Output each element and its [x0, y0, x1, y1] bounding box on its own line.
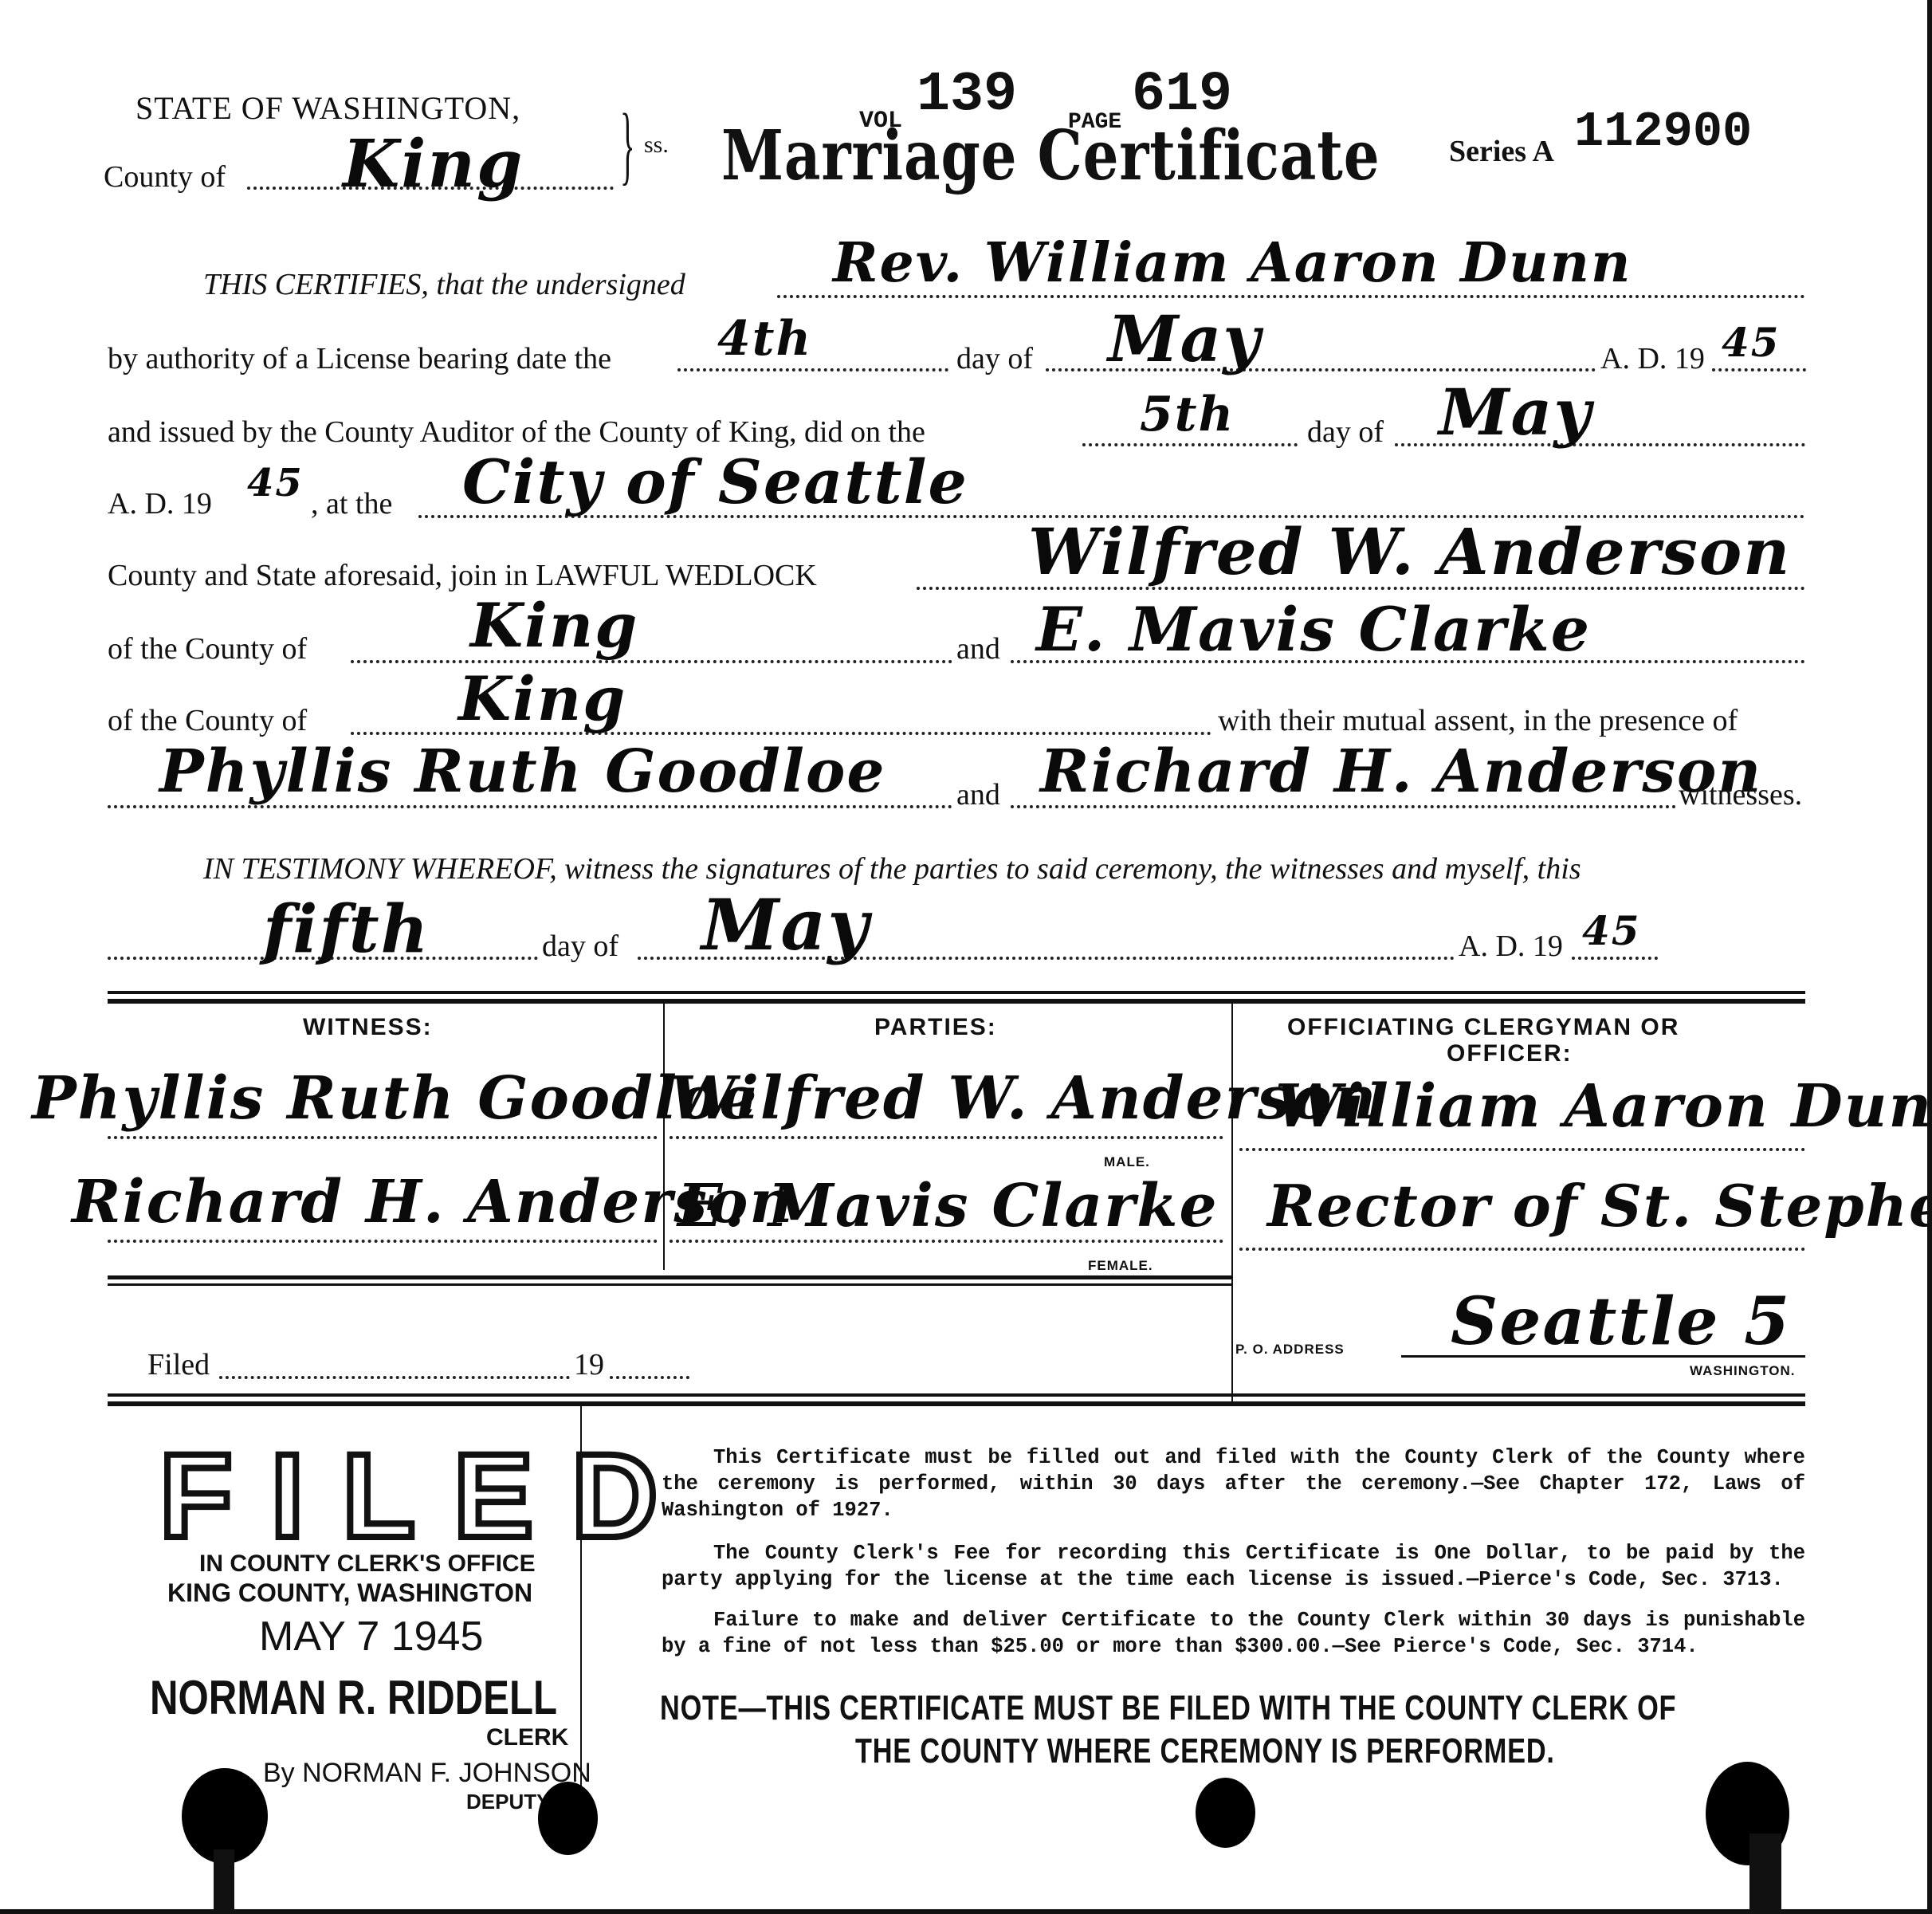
page-number: 619: [1132, 64, 1232, 127]
ss-label: ss.: [644, 132, 669, 159]
ceremony-ad-label: A. D. 19: [108, 486, 212, 521]
testimony-dayof-label: day of: [542, 929, 618, 964]
parties-bottom-rule-2: [108, 1283, 1231, 1286]
stamp-county: KING COUNTY, WASHINGTON: [167, 1578, 532, 1608]
filed-stamp-title: FILED: [159, 1427, 696, 1565]
and-label: and: [956, 631, 1000, 666]
license-ad-label: A. D. 19: [1600, 341, 1705, 376]
officer-column-header-2: OFFICER:: [1447, 1040, 1573, 1067]
officiant-line: [777, 295, 1805, 298]
brace: }: [620, 94, 634, 195]
binding-hole-left-2: [538, 1782, 598, 1855]
ceremony-year[interactable]: 45: [247, 461, 304, 505]
note-line-2: THE COUNTY WHERE CEREMONY IS PERFORMED.: [855, 1731, 1555, 1771]
license-year[interactable]: 45: [1722, 319, 1781, 366]
vol-label: VOL: [859, 108, 902, 135]
testimony-month[interactable]: May: [701, 883, 870, 966]
officer-title-line: [1239, 1248, 1805, 1251]
filed-year-line: [610, 1376, 689, 1379]
series-label: Series A: [1449, 134, 1554, 169]
parties-bottom-rule: [108, 1275, 1231, 1279]
license-year-line: [1712, 368, 1806, 371]
testimony-label: IN TESTIMONY WHEREOF, witness the signat…: [203, 851, 1581, 886]
filed-date-line: [219, 1376, 570, 1379]
testimony-year[interactable]: 45: [1582, 907, 1641, 954]
notice-penalty: Failure to make and deliver Certificate …: [662, 1607, 1805, 1660]
parties-column-header: PARTIES:: [874, 1014, 997, 1041]
testimony-ad-label: A. D. 19: [1459, 929, 1563, 964]
divider-bottom-thick: [108, 1401, 1805, 1406]
witness-column-header: WITNESS:: [303, 1014, 433, 1041]
binding-post-left: [214, 1849, 234, 1914]
bride-name[interactable]: E. Mavis Clarke: [1036, 594, 1591, 665]
filed-year-label: 19: [574, 1347, 604, 1382]
license-label: by authority of a License bearing date t…: [108, 341, 611, 376]
county-value[interactable]: King: [343, 126, 524, 202]
divider-bottom: [108, 1393, 1805, 1397]
note-line-1: NOTE—THIS CERTIFICATE MUST BE FILED WITH…: [660, 1688, 1676, 1728]
mutual-assent-label: with their mutual assent, in the presenc…: [1218, 703, 1738, 738]
ceremony-place[interactable]: City of Seattle: [462, 446, 968, 517]
witness-sig1-line: [108, 1136, 658, 1139]
po-address-label: P. O. ADDRESS: [1235, 1342, 1345, 1358]
notice-clerk-fee: The County Clerk's Fee for recording thi…: [662, 1540, 1805, 1593]
at-the-label: , at the: [311, 486, 392, 521]
ceremony-dayof-label: day of: [1307, 415, 1384, 450]
po-state-label: WASHINGTON.: [1690, 1363, 1796, 1379]
female-label: FEMALE.: [1088, 1258, 1153, 1274]
binding-hole-center: [1196, 1778, 1255, 1848]
groom-name[interactable]: Wilfred W. Anderson: [1028, 514, 1791, 589]
series-number: 112900: [1574, 104, 1752, 160]
male-signature[interactable]: Wilfred W. Anderson: [670, 1064, 1377, 1133]
bride-county-label: of the County of: [108, 703, 307, 738]
col-divider-2: [1231, 1003, 1233, 1401]
certificate-title: Marriage Certificate: [721, 116, 1380, 196]
groom-county-line: [351, 660, 952, 663]
scan-edge-right: [1927, 0, 1932, 1914]
witness2-name[interactable]: Richard H. Anderson: [1040, 737, 1762, 806]
groom-county[interactable]: King: [470, 590, 638, 661]
witness-sig2-line: [108, 1240, 658, 1243]
groom-county-label: of the County of: [108, 631, 307, 666]
binding-post-right: [1749, 1833, 1781, 1914]
officer-column-header-1: OFFICIATING CLERGYMAN OR: [1287, 1014, 1679, 1041]
witnesses-label: witnesses.: [1679, 777, 1802, 812]
bride-county[interactable]: King: [458, 663, 626, 734]
stamp-date: MAY 7 1945: [259, 1613, 483, 1661]
certifies-label: THIS CERTIFIES, that the undersigned: [203, 267, 685, 302]
license-day[interactable]: 4th: [717, 311, 812, 367]
license-day-line: [677, 368, 948, 371]
divider-top: [108, 991, 1805, 994]
female-signature[interactable]: E. Mavis Clarke: [677, 1172, 1219, 1240]
scan-edge-bottom: [0, 1909, 1932, 1914]
officer-sig-line: [1239, 1148, 1805, 1151]
county-label: County of: [104, 159, 226, 195]
witness1-name[interactable]: Phyllis Ruth Goodloe: [159, 737, 885, 806]
license-month[interactable]: May: [1108, 301, 1262, 376]
stamp-deputy-title: DEPUTY: [466, 1790, 550, 1814]
wedlock-label: County and State aforesaid, join in LAWF…: [108, 558, 817, 593]
license-dayof-label: day of: [956, 341, 1033, 376]
officer-title[interactable]: Rector of St. Stephen's: [1267, 1172, 1932, 1240]
officer-signature[interactable]: William Aaron Dunn: [1275, 1072, 1932, 1141]
vol-number: 139: [917, 64, 1017, 127]
officiant-name[interactable]: Rev. William Aaron Dunn: [833, 231, 1632, 295]
stamp-clerk-name: NORMAN R. RIDDELL: [150, 1670, 557, 1725]
divider-top-thick: [108, 999, 1805, 1004]
witness-signature-1[interactable]: Phyllis Ruth Goodloe: [32, 1064, 758, 1133]
page-label: PAGE: [1068, 110, 1121, 135]
stamp-deputy-name: By NORMAN F. JOHNSON: [263, 1758, 591, 1789]
testimony-day[interactable]: fifth: [263, 891, 430, 968]
ceremony-month[interactable]: May: [1439, 375, 1592, 450]
ceremony-day-line: [1082, 443, 1298, 446]
notice-filing-deadline: This Certificate must be filled out and …: [662, 1444, 1805, 1523]
testimony-year-line: [1572, 957, 1658, 960]
male-label: MALE.: [1104, 1154, 1150, 1170]
ceremony-day[interactable]: 5th: [1140, 387, 1235, 442]
state-heading: STATE OF WASHINGTON,: [135, 89, 520, 127]
male-sig-line: [670, 1136, 1223, 1139]
filed-label: Filed: [147, 1347, 210, 1382]
stamp-clerk-title: CLERK: [486, 1724, 568, 1751]
issued-label: and issued by the County Auditor of the …: [108, 415, 925, 450]
po-address-value[interactable]: Seattle 5: [1451, 1283, 1791, 1360]
stamp-office: IN COUNTY CLERK'S OFFICE: [199, 1550, 536, 1578]
witness-and-label: and: [956, 777, 1000, 812]
